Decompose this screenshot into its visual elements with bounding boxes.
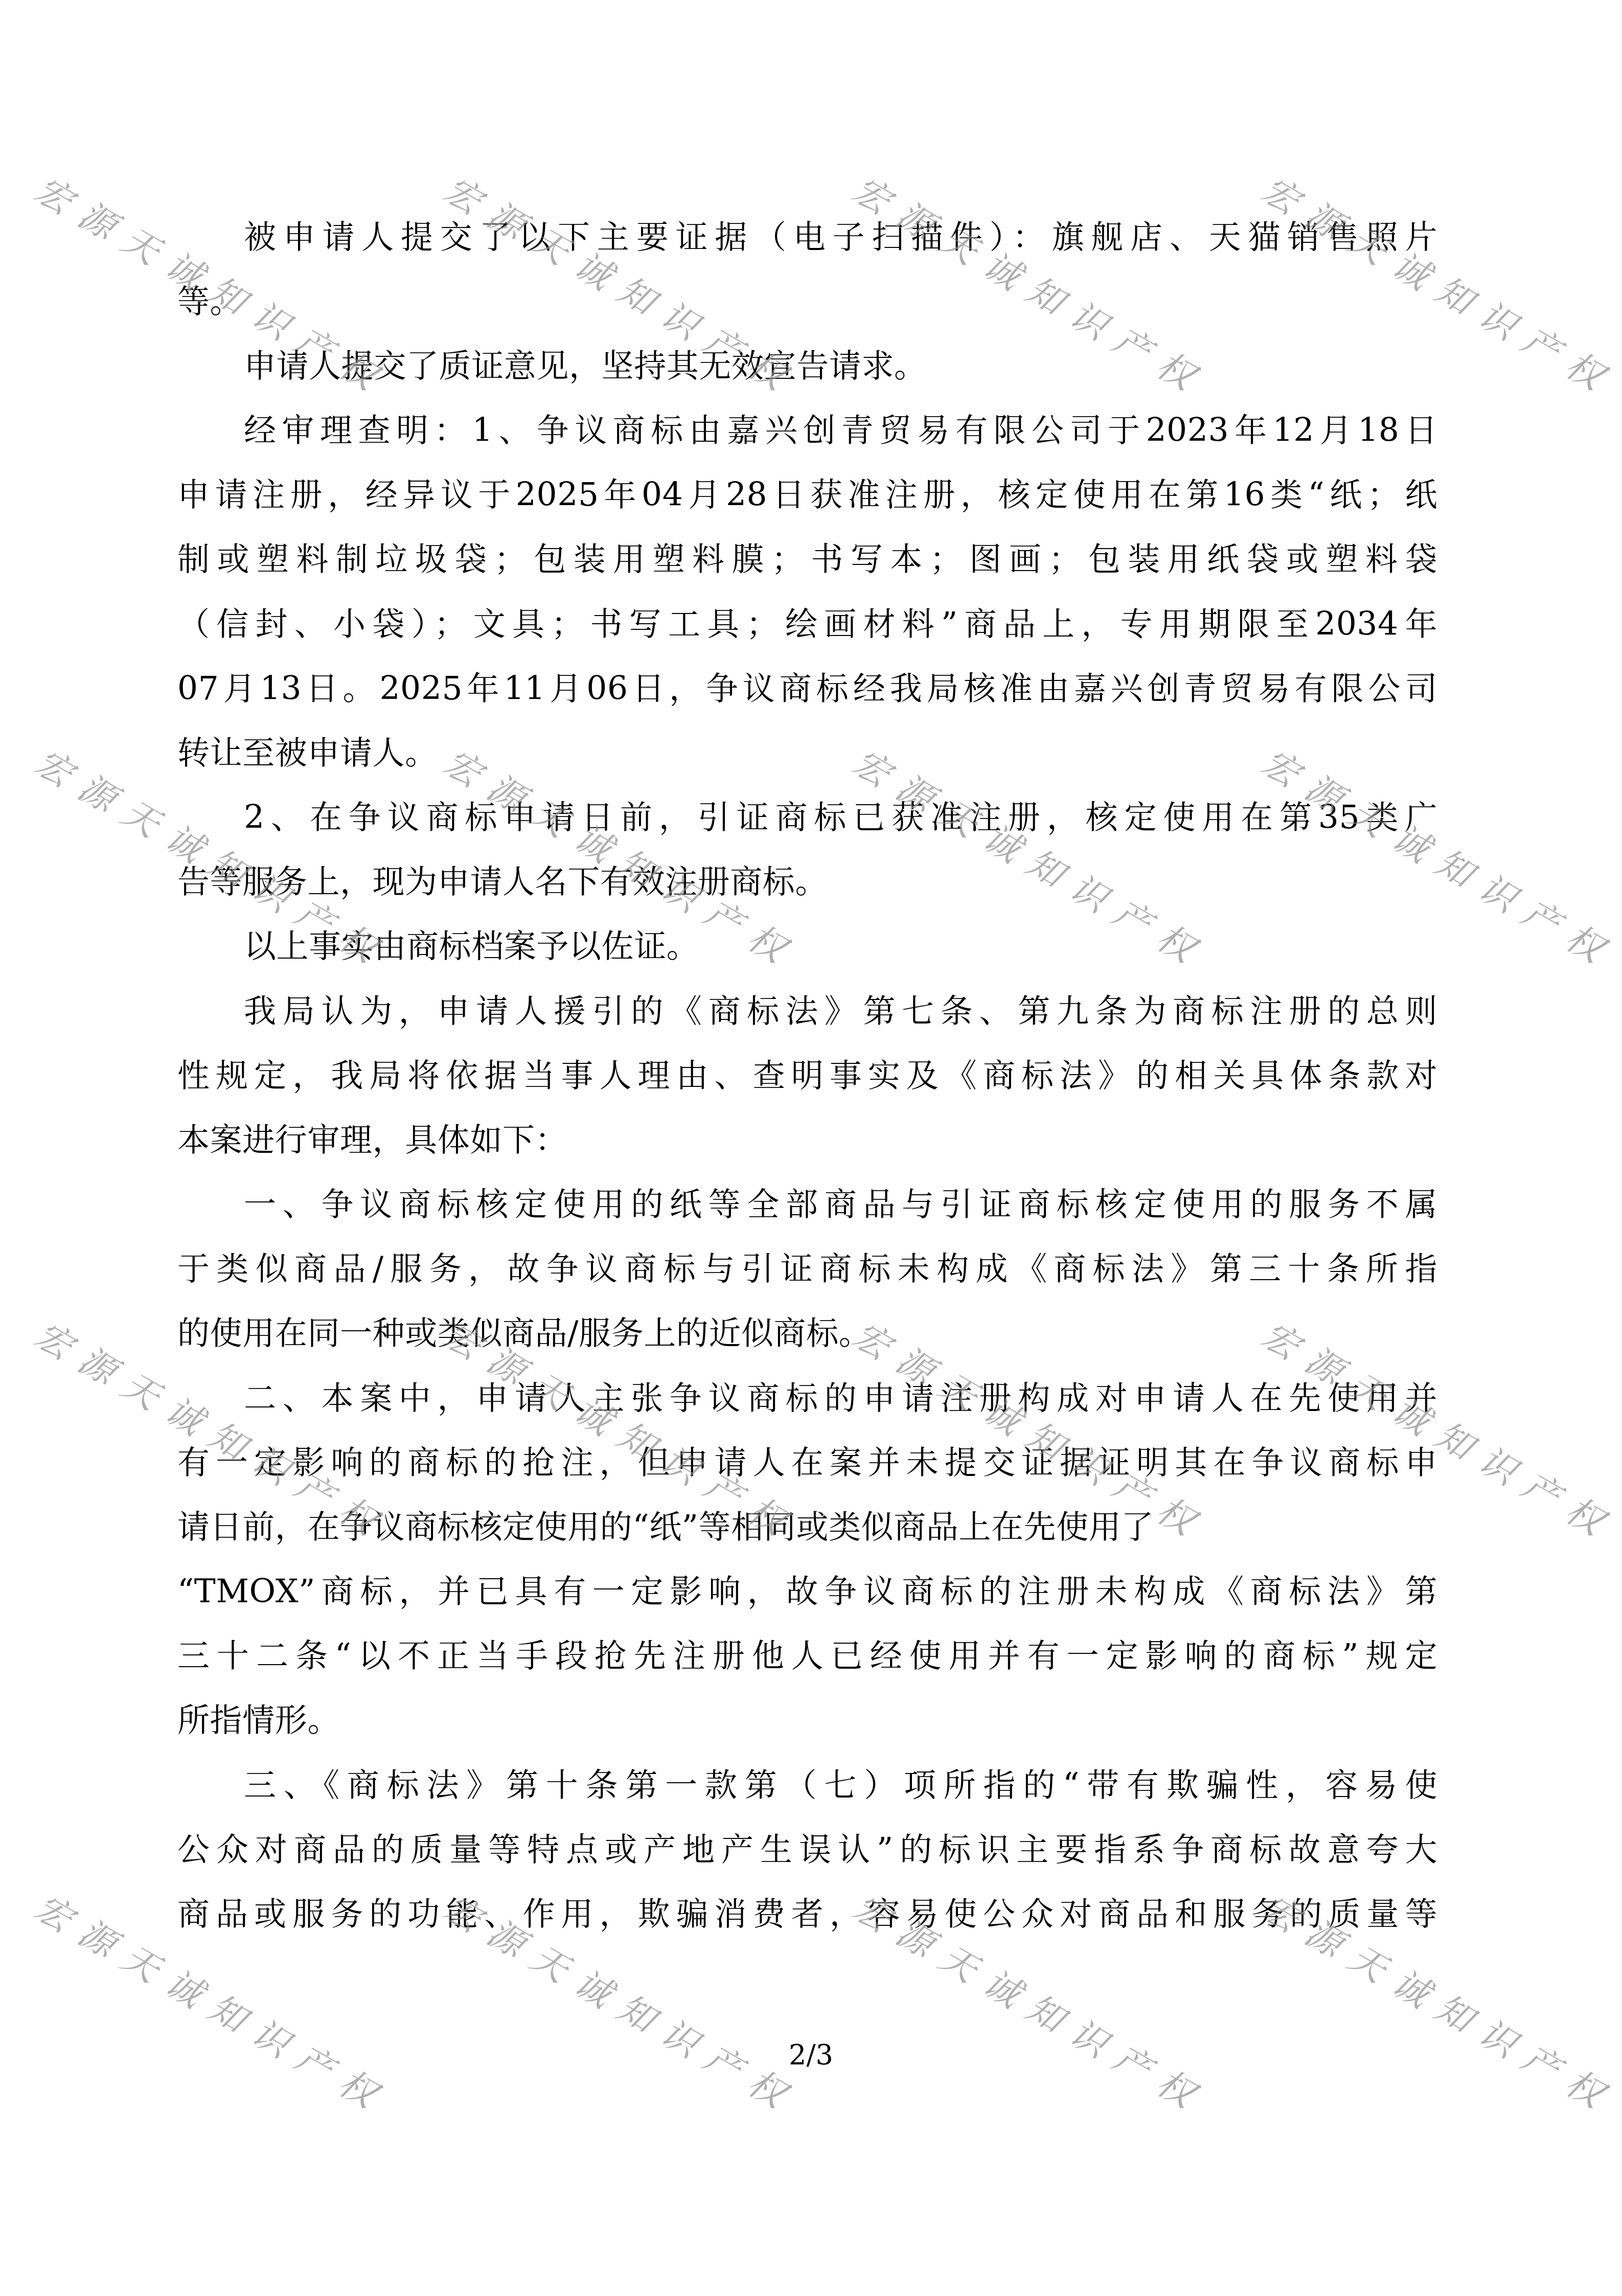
watermark: 宏源天诚知识产权 [1255, 741, 1622, 977]
text-line: 请日前，在争议商标核定使用的“纸”等相同或类似商品上在先使用了 [177, 1495, 1154, 1559]
text-line: 三十二条“以不正当手段抢先注册他人已经使用并有一定影响的商标”规定 [177, 1624, 1437, 1688]
text-line: 告等服务上，现为申请人名下有效注册商标。 [177, 850, 828, 914]
text-line: 二、本案中，申请人主张争议商标的申请注册构成对申请人在先使用并 [177, 1366, 1437, 1430]
text-line: 性规定，我局将依据当事人理由、查明事实及《商标法》的相关具体条款对 [177, 1043, 1437, 1108]
text-line: 2、在争议商标申请日前，引证商标已获准注册，核定使用在第35类广 [177, 785, 1437, 850]
text-line: 制或塑料制垃圾袋；包装用塑料膜；书写本；图画；包装用纸袋或塑料袋 [177, 527, 1437, 592]
text-line: “TMOX”商标，并已具有一定影响，故争议商标的注册未构成《商标法》第 [177, 1559, 1437, 1624]
text-line: 申请人提交了质证意见，坚持其无效宣告请求。 [177, 334, 927, 398]
text-line: 三、《商标法》第十条第一款第（七）项所指的“带有欺骗性，容易使 [177, 1753, 1437, 1817]
text-line: 被申请人提交了以下主要证据（电子扫描件）：旗舰店、天猫销售照片 [177, 205, 1437, 269]
text-line: 转让至被申请人。 [177, 721, 438, 785]
text-line: 申请注册，经异议于2025年04月28日获准注册，核定使用在第16类“纸；纸 [177, 463, 1437, 527]
text-line: （信封、小袋）；文具；书写工具；绘画材料”商品上，专用期限至2034年 [177, 592, 1437, 656]
text-line: 公众对商品的质量等特点或产地产生误认”的标识主要指系争商标故意夸大 [177, 1817, 1437, 1882]
text-line: 经审理查明：1、争议商标由嘉兴创青贸易有限公司于2023年12月18日 [177, 398, 1437, 463]
text-line: 07月13日。2025年11月06日，争议商标经我局核准由嘉兴创青贸易有限公司 [177, 656, 1437, 721]
watermark: 宏源天诚知识产权 [846, 741, 1214, 977]
text-line: 于类似商品/服务，故争议商标与引证商标未构成《商标法》第三十条所指 [177, 1237, 1437, 1301]
text-line: 本案进行审理，具体如下： [177, 1108, 567, 1172]
page-number: 2/3 [0, 2037, 1622, 2073]
document-page: 被申请人提交了以下主要证据（电子扫描件）：旗舰店、天猫销售照片 等。 申请人提交… [0, 0, 1622, 2296]
text-line: 等。 [177, 269, 242, 334]
text-line: 一、争议商标核定使用的纸等全部商品与引证商标核定使用的服务不属 [177, 1172, 1437, 1237]
text-line: 所指情形。 [177, 1688, 340, 1753]
watermark: 宏源天诚知识产权 [1255, 169, 1622, 404]
text-line: 有一定影响的商标的抢注，但申请人在案并未提交证据证明其在争议商标申 [177, 1430, 1437, 1495]
text-line: 我局认为，申请人援引的《商标法》第七条、第九条为商标注册的总则 [177, 979, 1437, 1043]
text-line: 以上事实由商标档案予以佐证。 [177, 914, 699, 979]
text-line: 的使用在同一种或类似商品/服务上的近似商标。 [177, 1301, 871, 1366]
text-line: 商品或服务的功能、作用，欺骗消费者，容易使公众对商品和服务的质量等 [177, 1882, 1437, 1946]
